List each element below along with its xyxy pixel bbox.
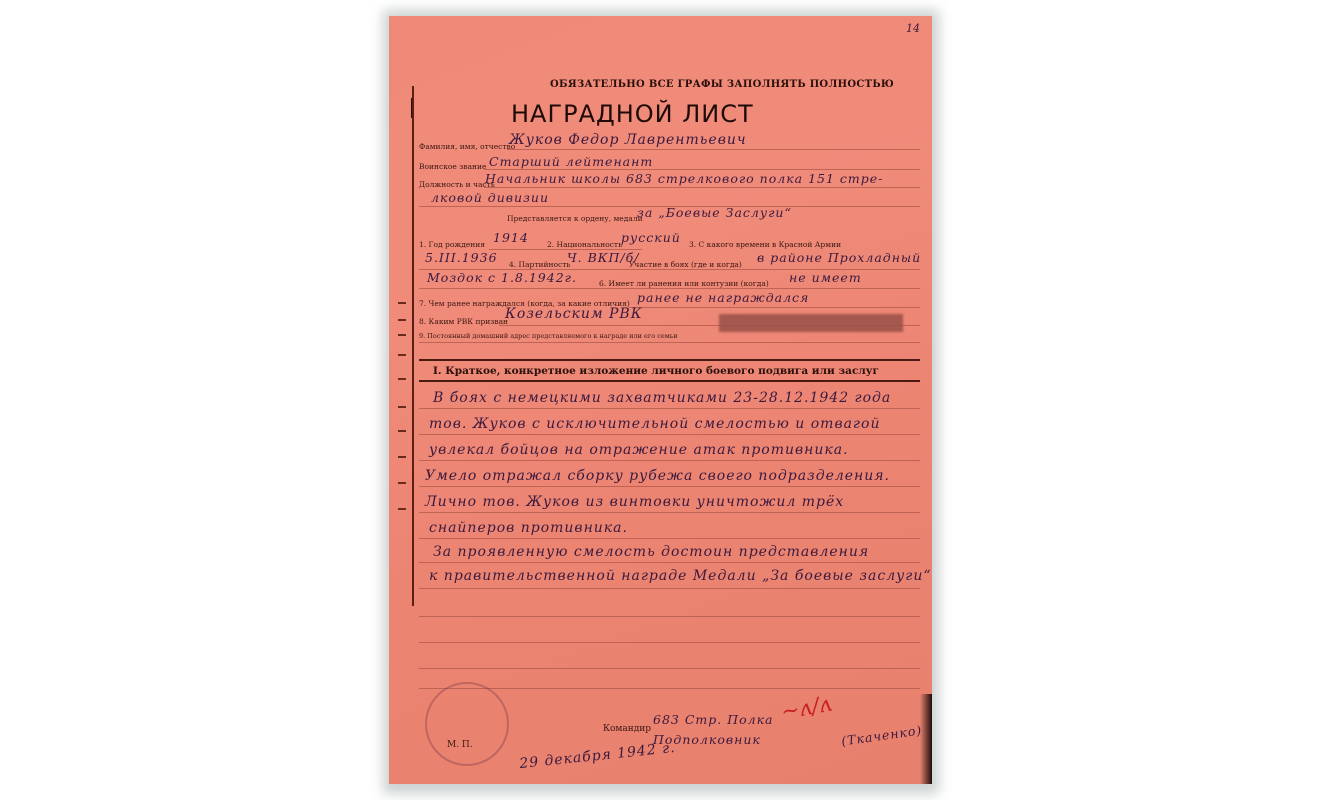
name-label: Фамилия, имя, отчество: [419, 142, 515, 151]
margin-mark: [398, 482, 406, 484]
rule: [419, 288, 920, 289]
signature: ~ʌ/ʌ: [779, 692, 833, 725]
margin-line: [412, 86, 414, 606]
narrative-line: За проявленную смелость достоин представ…: [433, 544, 869, 560]
section-rule-bottom: [419, 380, 920, 382]
narrative-line: тов. Жуков с исключительной смелостью и …: [429, 416, 880, 432]
award-value: за „Боевые Заслуги“: [637, 205, 792, 220]
margin-mark: [398, 406, 406, 408]
rule: [484, 169, 920, 170]
position-value-cont: лковой дивизии: [431, 190, 549, 205]
wounds-value: не имеет: [789, 270, 862, 285]
margin-mark: [398, 508, 406, 510]
narrative-line: снайперов противника.: [429, 520, 628, 536]
rule: [419, 562, 920, 563]
margin-mark: [398, 319, 406, 321]
rule: [419, 588, 920, 589]
army-since-label: 3. С какого времени в Красной Армии: [689, 240, 841, 249]
narrative-line: к правительственной награде Медали „За б…: [429, 568, 932, 584]
rule: [419, 486, 920, 487]
stamp-mark: [425, 682, 509, 766]
award-label: Представляется к ордену, медали: [507, 214, 643, 223]
narrative-line: увлекал бойцов на отражение атак противн…: [429, 442, 849, 458]
rule: [419, 688, 920, 689]
margin-mark: [398, 378, 406, 380]
commander-rank: Подполковник: [653, 732, 761, 747]
award-sheet: 14 ОБЯЗАТЕЛЬНО ВСЕ ГРАФЫ ЗАПОЛНЯТЬ ПОЛНО…: [389, 16, 932, 784]
margin-mark: [398, 456, 406, 458]
rule: [419, 460, 920, 461]
commander-label: Командир: [603, 724, 651, 734]
narrative-line: Умело отражал сборку рубежа своего подра…: [425, 468, 890, 484]
rule: [484, 187, 920, 188]
rule: [629, 307, 920, 308]
rule: [419, 512, 920, 513]
page-number: 14: [906, 22, 920, 35]
narrative-line: В боях с немецкими захватчиками 23-28.12…: [433, 390, 891, 406]
party-label: 4. Партийность: [509, 260, 570, 269]
section-rule-top: [419, 359, 920, 361]
instruction-note: ОБЯЗАТЕЛЬНО ВСЕ ГРАФЫ ЗАПОЛНЯТЬ ПОЛНОСТЬ…: [550, 79, 894, 90]
rule: [507, 149, 920, 150]
margin-mark: [398, 354, 406, 356]
narrative-line: Лично тов. Жуков из винтовки уничтожил т…: [425, 494, 844, 510]
birth-year-value: 1914: [493, 230, 529, 245]
rank-label: Воинское звание: [419, 162, 486, 171]
rule: [419, 616, 920, 617]
rule: [419, 668, 920, 669]
position-value: Начальник школы 683 стрелкового полка 15…: [485, 171, 883, 186]
nationality-label: 2. Национальность: [547, 240, 622, 249]
stamp-label: М. П.: [447, 740, 473, 750]
rank-value: Старший лейтенант: [489, 154, 653, 169]
name-value: Жуков Федор Лаврентьевич: [509, 132, 747, 148]
nationality-value: русский: [621, 230, 681, 245]
section-heading: I. Краткое, конкретное изложение личного…: [433, 365, 879, 377]
rvk-label: 8. Каким РВК призван: [419, 317, 508, 326]
battles-label: Участие в боях (где и когда): [629, 260, 742, 269]
rule: [419, 342, 920, 343]
margin-mark: [398, 430, 406, 432]
battles-value: в районе Прохладный: [757, 250, 921, 265]
rule: [419, 642, 920, 643]
rule: [419, 538, 920, 539]
margin-mark: [398, 334, 406, 336]
wounds-label: 6. Имеет ли ранения или контузии (когда): [599, 279, 769, 288]
document-title: НАГРАДНОЙ ЛИСТ: [511, 100, 754, 128]
battles-value-cont: Моздок с 1.8.1942г.: [427, 270, 577, 285]
redacted-address: [719, 314, 903, 332]
address-label: 9. Постоянный домашний адрес представляе…: [419, 332, 678, 340]
rule: [419, 434, 920, 435]
margin-mark: [398, 302, 406, 304]
army-since-value: 5.III.1936: [425, 250, 498, 265]
commander-unit: 683 Стр. Полка: [653, 712, 774, 727]
sheet-edge: [920, 694, 932, 784]
rule: [419, 408, 920, 409]
signature-name: (Ткаченко): [840, 722, 923, 748]
prior-awards-value: ранее не награждался: [637, 290, 809, 305]
birth-year-label: 1. Год рождения: [419, 240, 485, 249]
rvk-value: Козельским РВК: [505, 306, 643, 322]
